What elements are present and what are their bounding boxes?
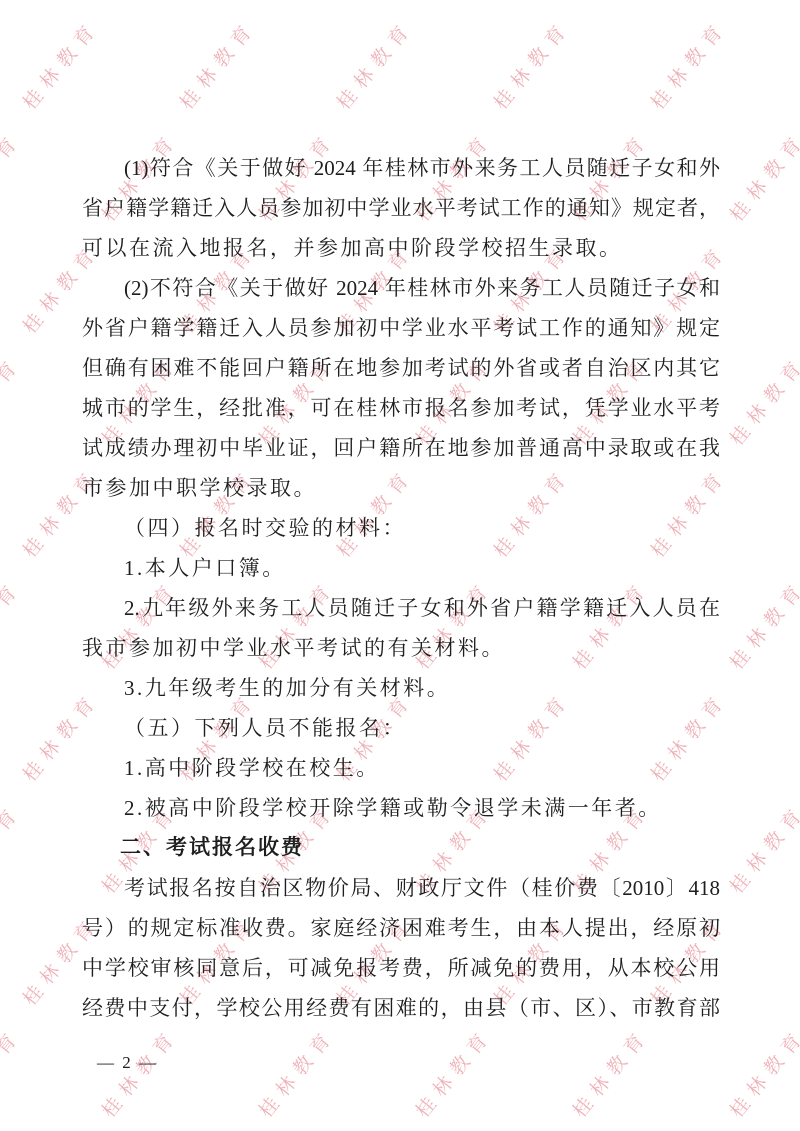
- paragraph: 2.被高中阶段学校开除学籍或勒令退学未满一年者。: [82, 788, 720, 828]
- watermark-text: 桂林教育: [409, 1022, 498, 1123]
- text-line: 我市参加初中学业水平考试的有关材料。: [82, 628, 720, 668]
- text-line: 城市的学生，经批准，可在桂林市报名参加考试，凭学业水平考: [82, 388, 720, 428]
- document-body: (1)符合《关于做好 2024 年桂林市外来务工人员随迁子女和外省户籍学籍迁入人…: [82, 148, 720, 1028]
- watermark-text: 桂林教育: [173, 14, 262, 115]
- text-line: 号）的规定标准收费。家庭经济困难考生，由本人提出，经原初: [82, 908, 720, 948]
- watermark-text: 桂林教育: [723, 350, 800, 451]
- paragraph: (1)符合《关于做好 2024 年桂林市外来务工人员随迁子女和外省户籍学籍迁入人…: [82, 148, 720, 268]
- watermark-text: 桂林教育: [0, 1022, 26, 1123]
- paragraph: 2.九年级外来务工人员随迁子女和外省户籍学籍迁入人员在我市参加初中学业水平考试的…: [82, 588, 720, 668]
- watermark-text: 桂林教育: [0, 126, 26, 227]
- watermark-text: 桂林教育: [16, 14, 105, 115]
- watermark-text: 桂林教育: [0, 574, 26, 675]
- text-line: 中学校审核同意后，可减免报考费，所减免的费用，从本校公用: [82, 948, 720, 988]
- paragraph: 考试报名按自治区物价局、财政厅文件（桂价费〔2010〕418号）的规定标准收费。…: [82, 868, 720, 1028]
- page-number: — 2 —: [97, 1051, 158, 1075]
- paragraph: （五）下列人员不能报名：: [82, 708, 720, 748]
- watermark-text: 桂林教育: [330, 14, 419, 115]
- watermark-text: 桂林教育: [0, 350, 26, 451]
- watermark-text: 桂林教育: [723, 574, 800, 675]
- text-line: 可以在流入地报名，并参加高中阶段学校招生录取。: [82, 228, 720, 268]
- watermark-text: 桂林教育: [723, 798, 800, 899]
- text-line: 2.被高中阶段学校开除学籍或勒令退学未满一年者。: [82, 788, 720, 828]
- text-line: 二、考试报名收费: [82, 828, 720, 868]
- paragraph: 3.九年级考生的加分有关材料。: [82, 668, 720, 708]
- watermark-text: 桂林教育: [723, 126, 800, 227]
- watermark-text: 桂林教育: [566, 1022, 655, 1123]
- text-line: (2)不符合《关于做好 2024 年桂林市外来务工人员随迁子女和: [82, 268, 720, 308]
- watermark-text: 桂林教育: [723, 1022, 800, 1123]
- text-line: 省户籍学籍迁入人员参加初中学业水平考试工作的通知》规定者，: [82, 188, 720, 228]
- watermark-text: 桂林教育: [644, 14, 733, 115]
- text-line: 1.高中阶段学校在校生。: [82, 748, 720, 788]
- paragraph: (2)不符合《关于做好 2024 年桂林市外来务工人员随迁子女和外省户籍学籍迁入…: [82, 268, 720, 508]
- text-line: 试成绩办理初中毕业证，回户籍所在地参加普通高中录取或在我: [82, 428, 720, 468]
- text-line: 1.本人户口簿。: [82, 548, 720, 588]
- paragraph: 1.高中阶段学校在校生。: [82, 748, 720, 788]
- text-line: （五）下列人员不能报名：: [82, 708, 720, 748]
- watermark-text: 桂林教育: [0, 798, 26, 899]
- text-line: 3.九年级考生的加分有关材料。: [82, 668, 720, 708]
- text-line: (1)符合《关于做好 2024 年桂林市外来务工人员随迁子女和外: [82, 148, 720, 188]
- section-heading: 二、考试报名收费: [82, 828, 720, 868]
- text-line: （四）报名时交验的材料：: [82, 508, 720, 548]
- text-line: 经费中支付，学校公用经费有困难的，由县（市、区）、市教育部: [82, 988, 720, 1028]
- paragraph: 1.本人户口簿。: [82, 548, 720, 588]
- text-line: 市参加中职学校录取。: [82, 468, 720, 508]
- text-line: 外省户籍学籍迁入人员参加初中学业水平考试工作的通知》规定: [82, 308, 720, 348]
- paragraph: （四）报名时交验的材料：: [82, 508, 720, 548]
- watermark-text: 桂林教育: [487, 14, 576, 115]
- document-page: 桂林教育桂林教育桂林教育桂林教育桂林教育桂林教育桂林教育桂林教育桂林教育桂林教育…: [0, 0, 800, 1131]
- text-line: 2.九年级外来务工人员随迁子女和外省户籍学籍迁入人员在: [82, 588, 720, 628]
- watermark-text: 桂林教育: [252, 1022, 341, 1123]
- text-line: 考试报名按自治区物价局、财政厅文件（桂价费〔2010〕418: [82, 868, 720, 908]
- text-line: 但确有困难不能回户籍所在地参加考试的外省或者自治区内其它: [82, 348, 720, 388]
